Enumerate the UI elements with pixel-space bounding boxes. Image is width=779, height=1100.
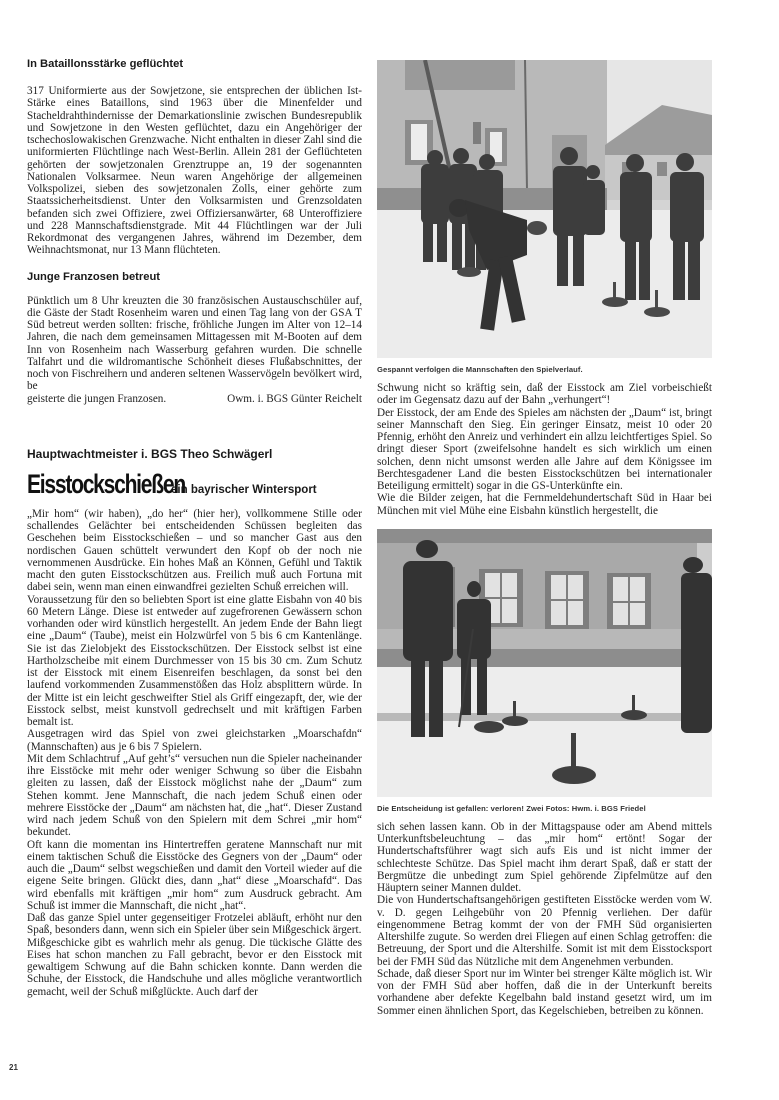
article-title-row: Eisstockschießen - ein bayrischer Winter… [27, 470, 362, 498]
paragraph: Mit dem Schlachtruf „Auf geht’s“ versuch… [27, 753, 362, 839]
paragraph: Pünktlich um 8 Uhr kreuzten die 30 franz… [27, 295, 362, 393]
photo-illustration [377, 529, 712, 797]
paragraph: 317 Uniformierte aus der Sowjetzone, sie… [27, 85, 362, 257]
paragraph: Daß das ganze Spiel unter gegenseitiger … [27, 912, 362, 937]
photo-players-watching [377, 60, 712, 358]
article-subtitle: - ein bayrischer Wintersport [164, 484, 317, 496]
paragraph: Die von Hundertschaftsangehörigen gestif… [377, 894, 712, 968]
photo-illustration [377, 60, 712, 358]
signature: Owm. i. BGS Günter Reichelt [227, 393, 362, 405]
article-body-left: „Mir hom“ (wir haben), „do her“ (hier he… [27, 508, 362, 998]
page-number: 21 [9, 1063, 18, 1072]
photo-decision [377, 529, 712, 797]
photo1-caption: Gespannt verfolgen die Mannschaften den … [377, 365, 712, 374]
paragraph: Wie die Bilder zeigen, hat die Fernmelde… [377, 492, 712, 517]
section-body-bataillon: 317 Uniformierte aus der Sowjetzone, sie… [27, 85, 362, 257]
paragraph: sich sehen lassen kann. Ob in der Mittag… [377, 821, 712, 895]
paragraph: Mißgeschicke gibt es wahrlich mehr als g… [27, 937, 362, 998]
section-heading-bataillon: In Bataillonsstärke geflüchtet [27, 58, 362, 70]
signature-line: geisterte die jungen Franzosen. Owm. i. … [27, 393, 362, 405]
section-body-franzosen: Pünktlich um 8 Uhr kreuzten die 30 franz… [27, 295, 362, 405]
paragraph: Schwung nicht so kräftig sein, daß der E… [377, 382, 712, 407]
paragraph: Der Eisstock, der am Ende des Spieles am… [377, 407, 712, 493]
paragraph: Voraussetzung für den so beliebten Sport… [27, 594, 362, 729]
right-column: Gespannt verfolgen die Mannschaften den … [377, 60, 712, 1017]
paragraph: Oft kann die momentan ins Hintertreffen … [27, 839, 362, 913]
article-body-right-top: Schwung nicht so kräftig sein, daß der E… [377, 382, 712, 517]
article-body-right-bottom: sich sehen lassen kann. Ob in der Mittag… [377, 821, 712, 1017]
paragraph: „Mir hom“ (wir haben), „do her“ (hier he… [27, 508, 362, 594]
paragraph: Schade, daß dieser Sport nur im Winter b… [377, 968, 712, 1017]
photo2-caption: Die Entscheidung ist gefallen: verloren!… [377, 804, 712, 813]
paragraph: Ausgetragen wird das Spiel von zwei glei… [27, 728, 362, 753]
left-column: In Bataillonsstärke geflüchtet 317 Unifo… [27, 58, 362, 998]
closing-text: geisterte die jungen Franzosen. [27, 393, 166, 405]
section-heading-franzosen: Junge Franzosen betreut [27, 271, 362, 283]
article-title: Eisstockschießen [27, 470, 134, 498]
article-author: Hauptwachtmeister i. BGS Theo Schwägerl [27, 447, 362, 461]
